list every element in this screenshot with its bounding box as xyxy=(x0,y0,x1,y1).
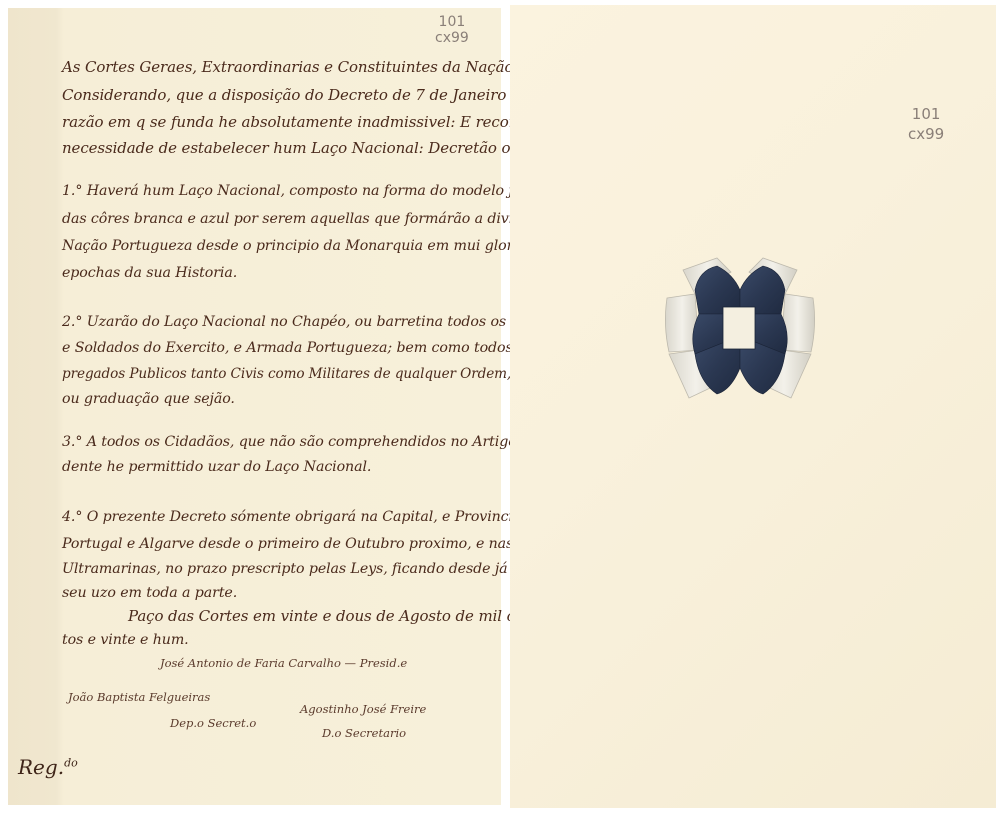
closing-line: Paço das Cortes em vinte e dous de Agost… xyxy=(128,607,566,625)
archive-number: 101 xyxy=(435,14,469,30)
margin-note-superscript: do xyxy=(64,756,78,769)
signature-secretary-left-name: João Baptista Felgueiras xyxy=(68,690,210,704)
article-line: Nação Portugueza desde o principio da Mo… xyxy=(62,238,549,254)
article-line: seu uzo em toda a parte. xyxy=(62,585,237,601)
cockade-center-opening xyxy=(723,307,755,349)
signature-secretary-right-name: Agostinho José Freire xyxy=(300,702,426,716)
signature-secretary-left-title: Dep.o Secret.o xyxy=(170,716,256,730)
article-line: Ultramarinas, no prazo prescripto pelas … xyxy=(62,561,557,577)
preamble-line: necessidade de estabelecer hum Laço Naci… xyxy=(62,139,584,157)
article-line: 1.° Haverá hum Laço Nacional, composto n… xyxy=(62,183,549,199)
article-line: das côres branca e azul por serem aquell… xyxy=(62,211,550,227)
article-line: 4.° O prezente Decreto sómente obrigará … xyxy=(62,509,550,525)
article-line: 2.° Uzarão do Laço Nacional no Chapéo, o… xyxy=(62,314,573,330)
article-line: epochas da sua Historia. xyxy=(62,265,237,281)
margin-note-text: Reg. xyxy=(18,755,64,779)
margin-note-registered: Reg.do xyxy=(18,755,78,779)
archive-code: cx99 xyxy=(908,124,944,144)
article-line: e Soldados do Exercito, e Armada Portugu… xyxy=(62,340,565,356)
archive-number: 101 xyxy=(908,104,944,124)
signature-secretary-right-title: D.o Secretario xyxy=(322,726,406,740)
right-archive-ref: 101 cx99 xyxy=(908,104,944,144)
article-line: dente he permittido uzar do Laço Naciona… xyxy=(62,459,371,475)
article-line: 3.° A todos os Cidadãos, que não são com… xyxy=(62,434,573,450)
left-archive-ref: 101 cx99 xyxy=(435,14,469,46)
national-cockade-icon xyxy=(655,250,825,410)
archive-code: cx99 xyxy=(435,30,469,46)
article-line: pregados Publicos tanto Civis como Milit… xyxy=(62,366,581,382)
article-line: ou graduação que sejão. xyxy=(62,391,235,407)
closing-line: tos e vinte e hum. xyxy=(62,632,189,648)
signature-president: José Antonio de Faria Carvalho — Presid.… xyxy=(160,656,407,670)
